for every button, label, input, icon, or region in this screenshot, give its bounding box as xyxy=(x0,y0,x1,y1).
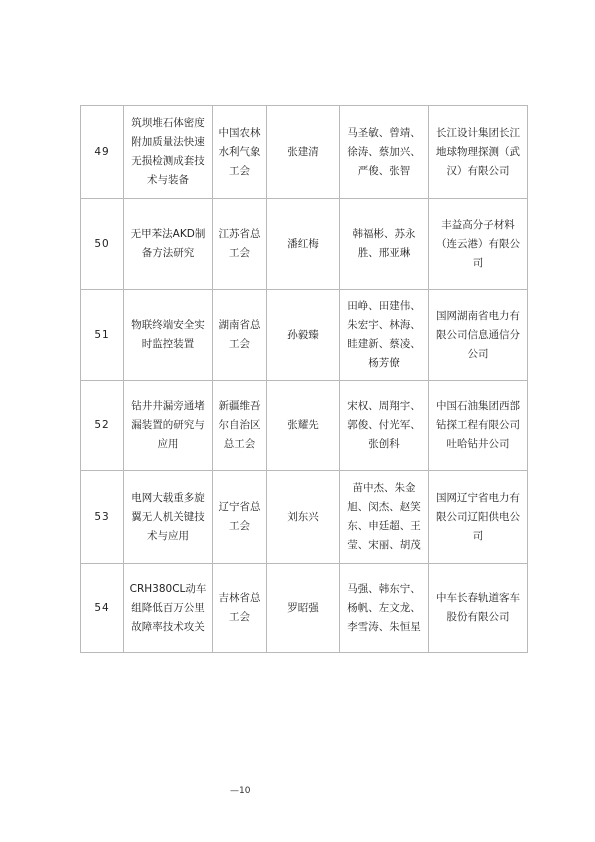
table-row: 49筑坝堆石体密度附加质量法快速无损检测成套技术与装备中国农林水利气象工会张建清… xyxy=(81,106,528,199)
cell-members: 宋权、周翔宇、郭俊、付光军、张创科 xyxy=(340,381,429,471)
cell-members: 田峥、田建伟、朱宏宇、林海、眭建新、蔡凌、杨芳僚 xyxy=(340,290,429,381)
cell-leader: 张耀先 xyxy=(267,381,340,471)
cell-project-title-line: 故障率技术攻关 xyxy=(127,618,209,637)
cell-project-title: 物联终端安全实时监控装置 xyxy=(124,290,213,381)
cell-members: 韩福彬、苏永胜、邢亚琳 xyxy=(340,199,429,290)
cell-organization-line: 钻探工程有限公司 xyxy=(432,416,524,435)
cell-organization-line: 中国石油集团西部 xyxy=(432,397,524,416)
cell-organization: 中车长春轨道客车股份有限公司 xyxy=(429,564,528,653)
table-row: 53电网大载重多旋翼无人机关键技术与应用辽宁省总工会刘东兴苗中杰、朱金旭、闵杰、… xyxy=(81,471,528,564)
table-row: 50无甲苯法AKD制备方法研究江苏省总工会潘红梅韩福彬、苏永胜、邢亚琳丰益高分子… xyxy=(81,199,528,290)
cell-union-line: 总工会 xyxy=(216,435,263,454)
cell-project-title-line: 漏装置的研究与 xyxy=(127,416,209,435)
table-row: 52钻井井漏旁通堵漏装置的研究与应用新疆维吾尔自治区总工会张耀先宋权、周翔宇、郭… xyxy=(81,381,528,471)
cell-union-line: 吉林省总 xyxy=(216,589,263,608)
cell-union: 江苏省总工会 xyxy=(213,199,267,290)
cell-union: 辽宁省总工会 xyxy=(213,471,267,564)
cell-organization-line: 汉）有限公司 xyxy=(432,162,524,181)
cell-leader: 潘红梅 xyxy=(267,199,340,290)
cell-members: 马强、韩东宁、杨帆、左文龙、李雪涛、朱恒星 xyxy=(340,564,429,653)
cell-project-title-line: 无损检测成套技 xyxy=(127,152,209,171)
cell-organization-line: （连云港）有限公 xyxy=(432,235,524,254)
cell-project-title: CRH380CL动车组降低百万公里故障率技术攻关 xyxy=(124,564,213,653)
cell-organization-line: 地球物理探测（武 xyxy=(432,143,524,162)
cell-leader: 孙毅臻 xyxy=(267,290,340,381)
cell-members-line: 严俊、张智 xyxy=(343,162,425,181)
cell-members: 马圣敏、曾靖、徐涛、蔡加兴、严俊、张智 xyxy=(340,106,429,199)
cell-project-title-line: 术与应用 xyxy=(127,527,209,546)
cell-union-line: 江苏省总 xyxy=(216,225,263,244)
cell-leader: 罗昭强 xyxy=(267,564,340,653)
cell-organization-line: 股份有限公司 xyxy=(432,608,524,627)
cell-members-line: 胜、邢亚琳 xyxy=(343,244,425,263)
cell-members-line: 张创科 xyxy=(343,435,425,454)
cell-members-line: 马圣敏、曾靖、 xyxy=(343,124,425,143)
cell-project-title-line: 时监控装置 xyxy=(127,335,209,354)
cell-project-title-line: 应用 xyxy=(127,435,209,454)
cell-organization-line: 司 xyxy=(432,254,524,273)
cell-members-line: 杨帆、左文龙、 xyxy=(343,599,425,618)
cell-members-line: 旭、闵杰、赵笑 xyxy=(343,498,425,517)
cell-union-line: 湖南省总 xyxy=(216,316,263,335)
cell-members-line: 郭俊、付光军、 xyxy=(343,416,425,435)
cell-number: 49 xyxy=(81,106,124,199)
cell-project-title-line: 物联终端安全实 xyxy=(127,316,209,335)
cell-union: 湖南省总工会 xyxy=(213,290,267,381)
cell-members-line: 莹、宋丽、胡茂 xyxy=(343,536,425,555)
cell-project-title-line: 电网大载重多旋 xyxy=(127,489,209,508)
cell-project-title: 无甲苯法AKD制备方法研究 xyxy=(124,199,213,290)
cell-union-line: 新疆维吾 xyxy=(216,397,263,416)
cell-project-title-line: 附加质量法快速 xyxy=(127,133,209,152)
cell-number: 53 xyxy=(81,471,124,564)
cell-organization-line: 国网辽宁省电力有 xyxy=(432,489,524,508)
cell-members-line: 杨芳僚 xyxy=(343,354,425,373)
cell-organization-line: 吐哈钻井公司 xyxy=(432,435,524,454)
cell-organization-line: 公司 xyxy=(432,345,524,364)
cell-members: 苗中杰、朱金旭、闵杰、赵笑东、申廷超、王莹、宋丽、胡茂 xyxy=(340,471,429,564)
cell-organization: 丰益高分子材料（连云港）有限公司 xyxy=(429,199,528,290)
cell-union-line: 辽宁省总 xyxy=(216,498,263,517)
award-table-body: 49筑坝堆石体密度附加质量法快速无损检测成套技术与装备中国农林水利气象工会张建清… xyxy=(81,106,528,653)
cell-organization-line: 丰益高分子材料 xyxy=(432,216,524,235)
cell-organization-line: 限公司辽阳供电公 xyxy=(432,508,524,527)
cell-union-line: 工会 xyxy=(216,608,263,627)
cell-union-line: 中国农林 xyxy=(216,124,263,143)
cell-project-title: 筑坝堆石体密度附加质量法快速无损检测成套技术与装备 xyxy=(124,106,213,199)
cell-organization: 国网辽宁省电力有限公司辽阳供电公司 xyxy=(429,471,528,564)
cell-members-line: 眭建新、蔡凌、 xyxy=(343,335,425,354)
award-table: 49筑坝堆石体密度附加质量法快速无损检测成套技术与装备中国农林水利气象工会张建清… xyxy=(80,105,528,653)
cell-number: 51 xyxy=(81,290,124,381)
cell-project-title-line: 备方法研究 xyxy=(127,244,209,263)
page-number: —10 xyxy=(230,786,250,796)
cell-project-title: 电网大载重多旋翼无人机关键技术与应用 xyxy=(124,471,213,564)
cell-leader: 张建清 xyxy=(267,106,340,199)
cell-project-title-line: 无甲苯法AKD制 xyxy=(127,225,209,244)
cell-project-title-line: CRH380CL动车 xyxy=(127,580,209,599)
cell-members-line: 田峥、田建伟、 xyxy=(343,297,425,316)
cell-union-line: 尔自治区 xyxy=(216,416,263,435)
cell-members-line: 马强、韩东宁、 xyxy=(343,580,425,599)
table-row: 54CRH380CL动车组降低百万公里故障率技术攻关吉林省总工会罗昭强马强、韩东… xyxy=(81,564,528,653)
cell-project-title-line: 筑坝堆石体密度 xyxy=(127,114,209,133)
cell-members-line: 徐涛、蔡加兴、 xyxy=(343,143,425,162)
cell-project-title-line: 钻井井漏旁通堵 xyxy=(127,397,209,416)
cell-project-title-line: 组降低百万公里 xyxy=(127,599,209,618)
cell-union-line: 工会 xyxy=(216,244,263,263)
cell-union-line: 工会 xyxy=(216,517,263,536)
cell-project-title: 钻井井漏旁通堵漏装置的研究与应用 xyxy=(124,381,213,471)
cell-organization-line: 长江设计集团长江 xyxy=(432,124,524,143)
cell-organization-line: 限公司信息通信分 xyxy=(432,326,524,345)
cell-union-line: 工会 xyxy=(216,335,263,354)
cell-project-title-line: 翼无人机关键技 xyxy=(127,508,209,527)
cell-organization: 长江设计集团长江地球物理探测（武汉）有限公司 xyxy=(429,106,528,199)
cell-union: 吉林省总工会 xyxy=(213,564,267,653)
cell-number: 54 xyxy=(81,564,124,653)
cell-union: 新疆维吾尔自治区总工会 xyxy=(213,381,267,471)
cell-members-line: 东、申廷超、王 xyxy=(343,517,425,536)
cell-members-line: 李雪涛、朱恒星 xyxy=(343,618,425,637)
cell-organization-line: 国网湖南省电力有 xyxy=(432,307,524,326)
cell-organization: 国网湖南省电力有限公司信息通信分公司 xyxy=(429,290,528,381)
cell-union-line: 水利气象 xyxy=(216,143,263,162)
cell-leader: 刘东兴 xyxy=(267,471,340,564)
cell-number: 52 xyxy=(81,381,124,471)
cell-organization-line: 中车长春轨道客车 xyxy=(432,589,524,608)
table-row: 51物联终端安全实时监控装置湖南省总工会孙毅臻田峥、田建伟、朱宏宇、林海、眭建新… xyxy=(81,290,528,381)
cell-project-title-line: 术与装备 xyxy=(127,171,209,190)
cell-organization-line: 司 xyxy=(432,527,524,546)
cell-union-line: 工会 xyxy=(216,162,263,181)
cell-members-line: 韩福彬、苏永 xyxy=(343,225,425,244)
cell-organization: 中国石油集团西部钻探工程有限公司吐哈钻井公司 xyxy=(429,381,528,471)
cell-members-line: 苗中杰、朱金 xyxy=(343,479,425,498)
cell-union: 中国农林水利气象工会 xyxy=(213,106,267,199)
cell-number: 50 xyxy=(81,199,124,290)
cell-members-line: 朱宏宇、林海、 xyxy=(343,316,425,335)
document-page: 49筑坝堆石体密度附加质量法快速无损检测成套技术与装备中国农林水利气象工会张建清… xyxy=(0,0,595,842)
cell-members-line: 宋权、周翔宇、 xyxy=(343,397,425,416)
